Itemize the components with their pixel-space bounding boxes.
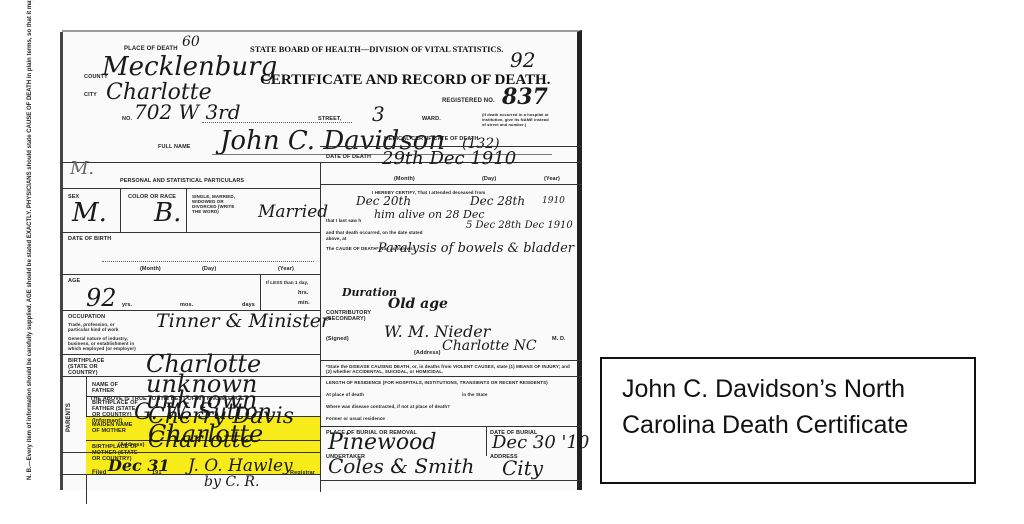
marital-label: SINGLE, MARRIED, WIDOWED OR DIVORCED (Wr… — [192, 194, 242, 214]
age-mos: mos. — [180, 302, 193, 308]
occupation-label: OCCUPATION — [68, 314, 105, 320]
mother-birthplace-label: BIRTHPLACE OF MOTHER (State or country) — [92, 444, 144, 462]
dob-year: (Year) — [278, 266, 294, 272]
place-number: 60 — [182, 34, 200, 50]
page-number: 92 — [510, 48, 535, 72]
color-value: B. — [154, 198, 181, 228]
divider — [120, 188, 121, 232]
marital-value: Married — [258, 202, 328, 222]
dob-day: (Day) — [202, 266, 216, 272]
caption-box: John C. Davidson’s North Carolina Death … — [600, 357, 976, 484]
dob-line — [102, 261, 314, 262]
age-yrs: yrs. — [122, 302, 132, 308]
registered-label: Registered No. — [442, 98, 495, 104]
dob-month: (Month) — [140, 266, 161, 272]
city-label: City — [84, 92, 97, 98]
county-value: Mecklenburg — [102, 52, 277, 82]
occupation-value: Tinner & Minister — [156, 310, 330, 332]
street-address: 702 W 3rd — [134, 100, 241, 124]
number-label: No. — [122, 116, 132, 122]
margin-instruction-note: N. B.—Every item of information should b… — [14, 80, 54, 480]
occupation-sub2: General nature of industry, business, or… — [68, 336, 146, 351]
name-underline — [212, 154, 552, 155]
death-certificate: PLACE OF DEATH 60 STATE BOARD OF HEALTH—… — [62, 30, 582, 490]
age-value: 92 — [86, 284, 117, 312]
personal-section-title: PERSONAL AND STATISTICAL PARTICULARS — [120, 178, 244, 184]
divider — [62, 188, 320, 189]
divider — [62, 274, 320, 275]
sex-value: M. — [72, 198, 107, 228]
margin-note-text: N. B.—Every item of information should b… — [26, 80, 34, 480]
divider — [260, 274, 261, 310]
street-dotted-line — [202, 122, 352, 123]
birthplace-label: BIRTHPLACE (State or country) — [68, 358, 116, 376]
full-name-value: John C. Davidson — [220, 126, 445, 156]
ward-label: Ward. — [422, 116, 441, 122]
board-title: STATE BOARD OF HEALTH—DIVISION OF VITAL … — [250, 44, 503, 54]
mother-value: Cherry Davis — [148, 404, 294, 429]
mother-birthplace-value: Charlotte — [148, 428, 254, 453]
caption-line-1: John C. Davidson’s North — [622, 373, 905, 405]
parents-label: PARENTS — [66, 403, 72, 432]
full-name-note: (132) — [462, 136, 500, 152]
hrs-label: hrs. — [298, 290, 309, 296]
age-days: days — [242, 302, 255, 308]
ward-number: 3 — [372, 102, 385, 126]
divider — [186, 188, 187, 232]
street-label: Street, — [318, 116, 341, 122]
registered-number: 837 — [502, 84, 548, 110]
full-name-label: FULL NAME — [158, 144, 191, 150]
dob-label: DATE OF BIRTH — [68, 236, 111, 242]
min-label: min. — [298, 300, 310, 306]
section-mark: M. — [70, 158, 94, 179]
divider — [62, 474, 320, 475]
less-than-label: If LESS than 1 day, — [266, 280, 308, 286]
header-divider — [62, 162, 582, 163]
mother-label: MAIDEN NAME OF MOTHER — [92, 422, 136, 434]
hospital-note: (If death occurred in a hospital or inst… — [482, 112, 550, 127]
occupation-sub1: Trade, profession, or particular kind of… — [68, 322, 128, 332]
father-label: NAME OF FATHER — [92, 382, 132, 394]
age-label: AGE — [68, 278, 80, 284]
caption-line-2: Carolina Death Certificate — [622, 409, 908, 441]
divider — [62, 232, 320, 233]
certificate-left-edge — [60, 32, 63, 490]
